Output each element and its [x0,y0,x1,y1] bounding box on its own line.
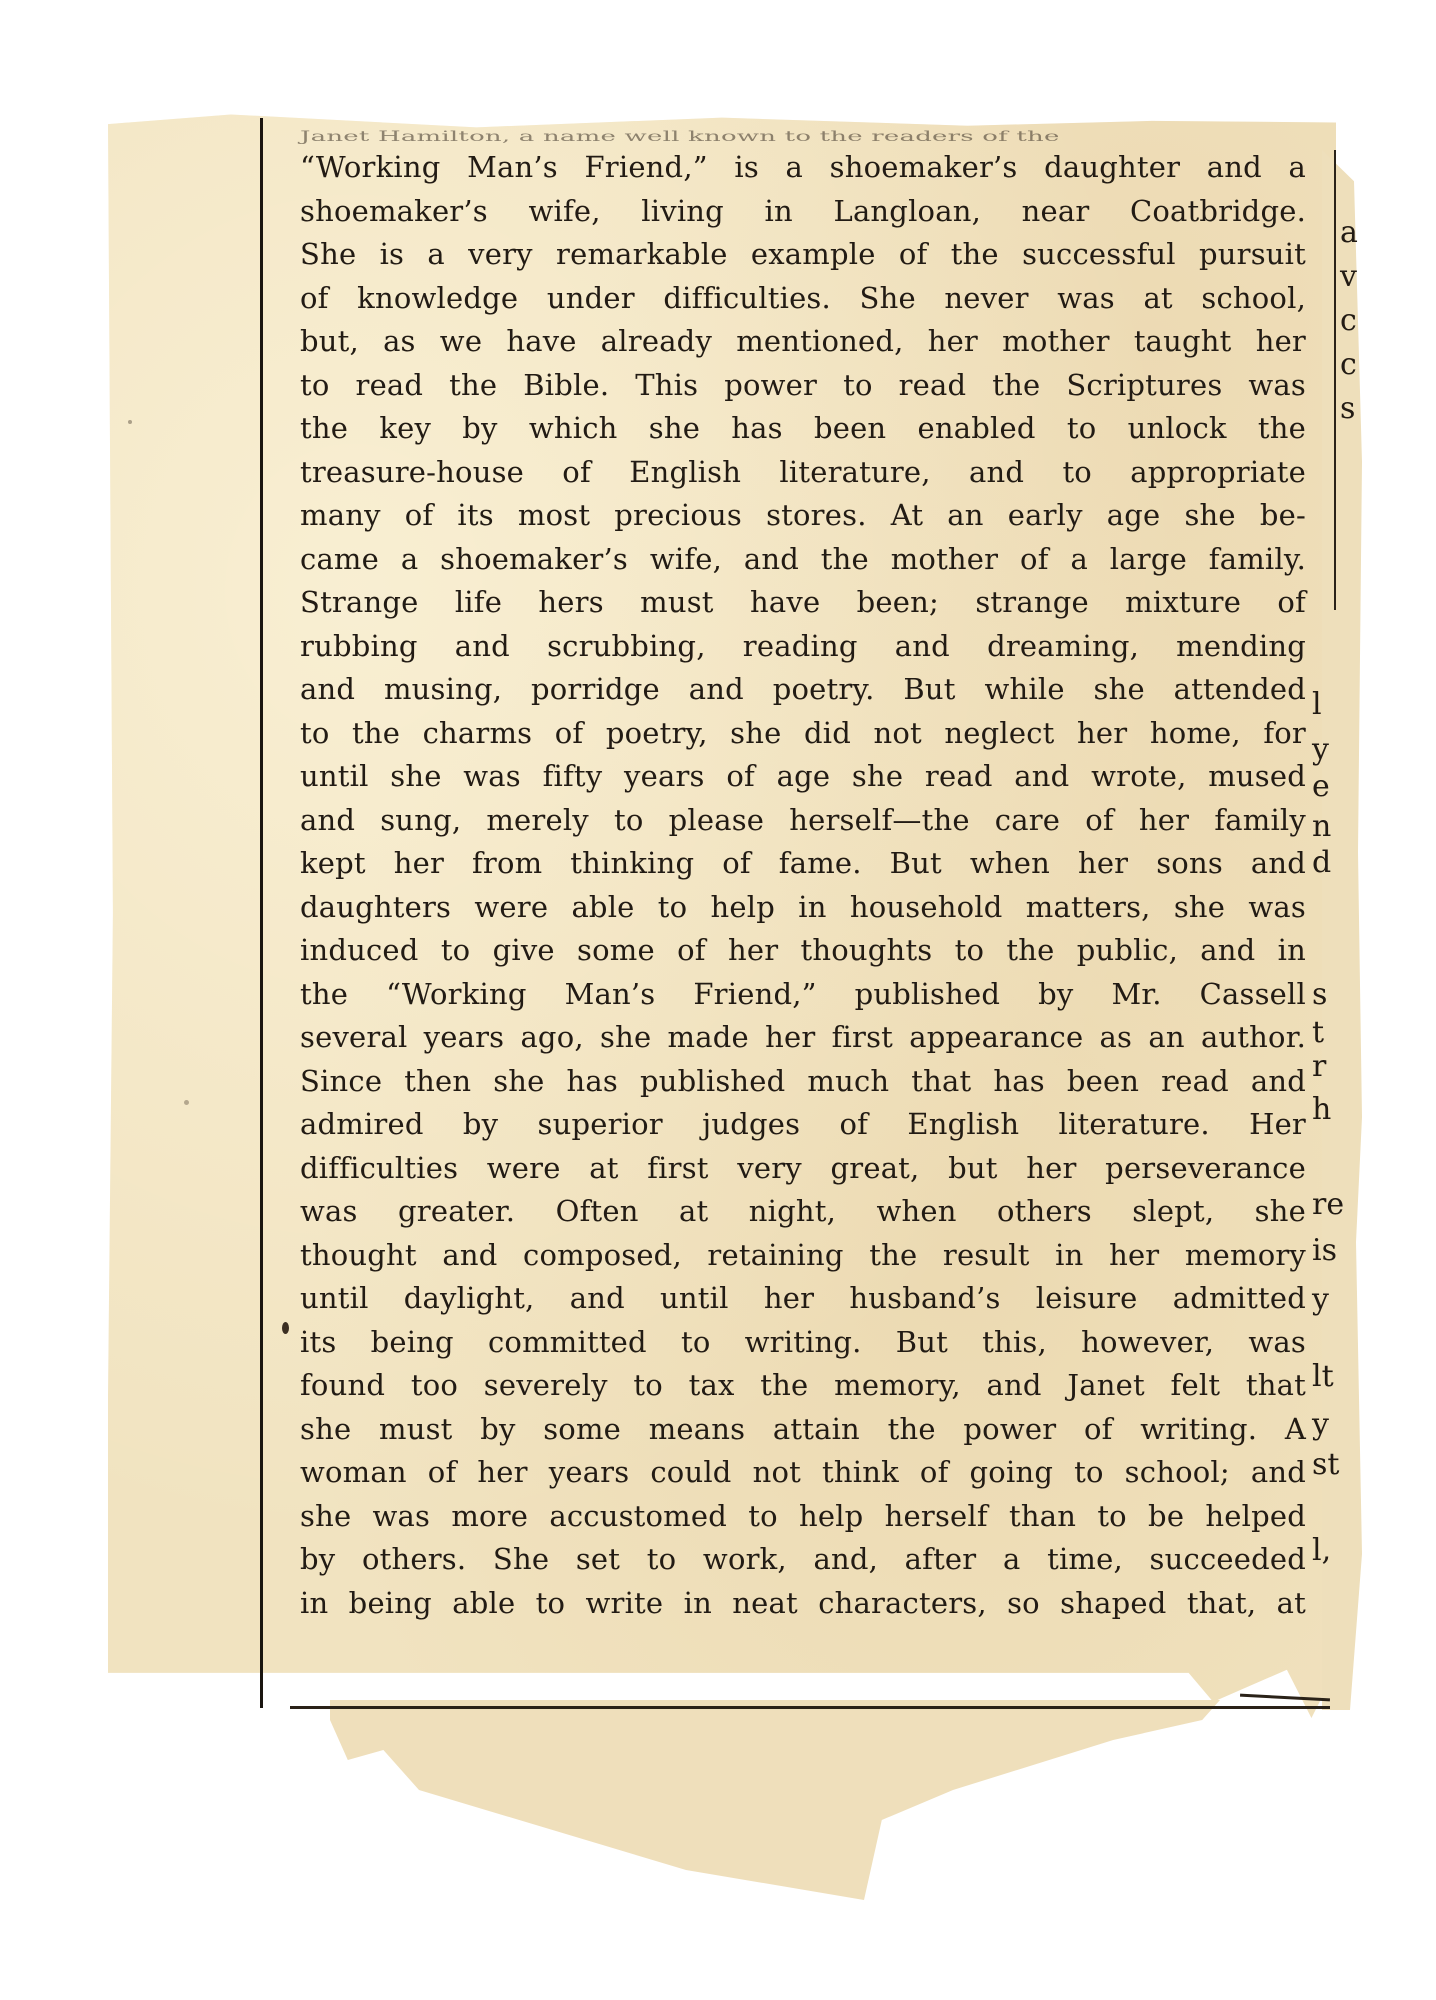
column-rule-right [1334,150,1336,610]
adjacent-column-fragment: e [1312,772,1330,802]
text-line: by others. She set to work, and, after a… [300,1538,1306,1582]
text-line: and musing, porridge and poetry. But whi… [300,668,1306,712]
adjacent-column-fragment: s [1340,394,1355,424]
adjacent-column-fragment: a [1340,218,1358,248]
text-line: until she was fifty years of age she rea… [300,755,1306,799]
adjacent-column-fragment: d [1312,848,1331,878]
adjacent-column-fragment: h [1312,1095,1331,1125]
text-line: to read the Bible. This power to read th… [300,364,1306,408]
adjacent-column-fragment: n [1312,812,1331,842]
text-line: She is a very remarkable example of the … [300,233,1306,277]
adjacent-column-fragment: v [1340,262,1357,292]
column-rule-bottom [290,1706,1330,1709]
adjacent-column-fragment: y [1312,1410,1329,1440]
adjacent-column-fragment: st [1312,1450,1339,1480]
text-line: she must by some means attain the power … [300,1408,1306,1452]
ink-speck [184,1100,189,1105]
text-line: several years ago, she made her first ap… [300,1016,1306,1060]
adjacent-column-fragment: c [1340,306,1357,336]
text-line: kept her from thinking of fame. But when… [300,842,1306,886]
adjacent-column-fragment: y [1312,1285,1329,1315]
text-line: of knowledge under difficulties. She nev… [300,277,1306,321]
article-column: Janet Hamilton, a name well known to the… [300,112,1306,1625]
text-line: difficulties were at first very great, b… [300,1147,1306,1191]
ink-speck [282,1322,289,1334]
adjacent-column-fragment: t [1312,1018,1324,1048]
text-line: admired by superior judges of English li… [300,1103,1306,1147]
text-line: treasure-house of English literature, an… [300,451,1306,495]
text-line: to the charms of poetry, she did not neg… [300,712,1306,756]
text-line: Strange life hers must have been; strang… [300,581,1306,625]
text-line: the “Working Man’s Friend,” published by… [300,973,1306,1017]
truncated-top-line: Janet Hamilton, a name well known to the… [300,127,1306,146]
adjacent-column-fragment: is [1312,1236,1337,1266]
column-rule-left [260,118,263,1708]
adjacent-column-fragment: re [1312,1190,1344,1220]
text-line: but, as we have already mentioned, her m… [300,320,1306,364]
adjacent-column-fragment: r [1312,1052,1326,1082]
text-line: shoemaker’s wife, living in Langloan, ne… [300,190,1306,234]
text-line: rubbing and scrubbing, reading and dream… [300,625,1306,669]
text-line: “Working Man’s Friend,” is a shoemaker’s… [300,146,1306,190]
text-line: was greater. Often at night, when others… [300,1190,1306,1234]
text-line: thought and composed, retaining the resu… [300,1234,1306,1278]
text-line: came a shoemaker’s wife, and the mother … [300,538,1306,582]
adjacent-column-fragment: s [1312,980,1327,1010]
text-line: daughters were able to help in household… [300,886,1306,930]
adjacent-column-fragment: c [1340,350,1357,380]
adjacent-column-fragment: lt [1312,1362,1334,1392]
text-line: the key by which she has been enabled to… [300,407,1306,451]
adjacent-column-fragment: l [1312,690,1322,720]
text-line: found too severely to tax the memory, an… [300,1364,1306,1408]
text-line: woman of her years could not think of go… [300,1451,1306,1495]
text-line: and sung, merely to please herself—the c… [300,799,1306,843]
adjacent-column-fragment: l, [1312,1536,1331,1566]
text-line: until daylight, and until her husband’s … [300,1277,1306,1321]
text-line: its being committed to writing. But this… [300,1321,1306,1365]
text-line: many of its most precious stores. At an … [300,494,1306,538]
torn-paper-bottom [330,1700,1220,1900]
text-line: she was more accustomed to help herself … [300,1495,1306,1539]
text-line: Since then she has published much that h… [300,1060,1306,1104]
text-line: induced to give some of her thoughts to … [300,929,1306,973]
adjacent-column-fragment: y [1312,735,1329,765]
ink-speck [128,420,132,424]
text-line: in being able to write in neat character… [300,1582,1306,1626]
